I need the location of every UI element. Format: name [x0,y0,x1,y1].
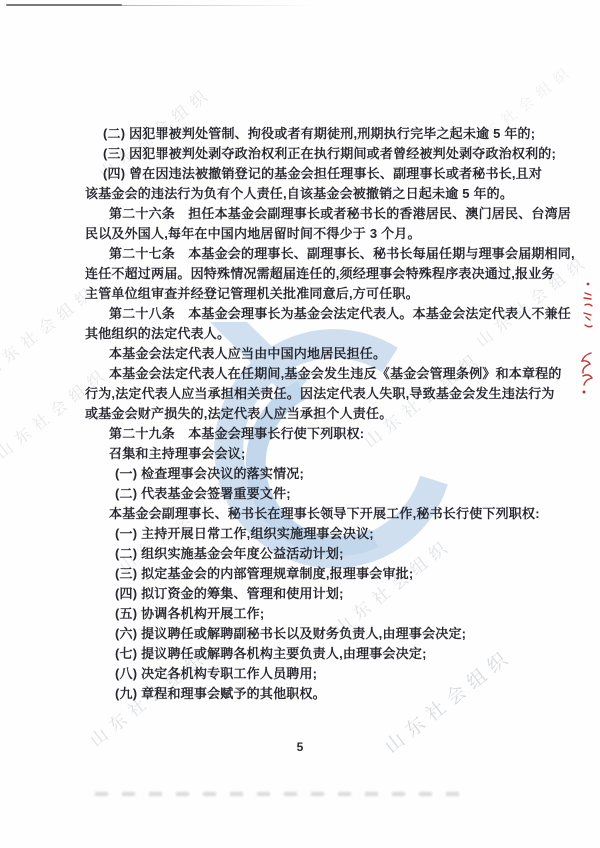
document-line: 或基金会财产损失的,法定代表人应当承担个人责任。 [0,404,600,424]
document-line: (七) 提议聘任或解聘各机构主要负责人,由理事会决定; [0,644,600,664]
document-line: 召集和主持理事会会议; [0,444,600,464]
document-line: 主管单位组审查并经登记管理机关批准同意后,方可任职。 [0,284,600,304]
document-line: 行为,法定代表人应当承担相关责任。因法定代表人失职,导致基金会发生违法行为 [0,384,600,404]
document-line: (五) 协调各机构开展工作; [0,604,600,624]
document-line: (九) 章程和理事会赋予的其他职权。 [0,684,600,704]
document-line: 连任不超过两届。因特殊情况需超届连任的,须经理事会特殊程序表决通过,报业务 [0,264,600,284]
document-line: 第二十六条 担任本基金会副理事长或者秘书长的香港居民、澳门居民、台湾居 [0,204,600,224]
document-line: 该基金会的违法行为负有个人责任,自该基金会被撤销之日起未逾 5 年的。 [0,184,600,204]
document-line: (一) 主持开展日常工作,组织实施理事会决议; [0,524,600,544]
document-line: 本基金会法定代表人在任期间,基金会发生违反《基金会管理条例》和本章程的 [0,364,600,384]
document-line: (三) 因犯罪被判处剥夺政治权利正在执行期间或者曾经被判处剥夺政治权利的; [0,144,600,164]
document-line: (六) 提议聘任或解聘副秘书长以及财务负责人,由理事会决定; [0,624,600,644]
document-line: (四) 拟订资金的筹集、管理和使用计划; [0,584,600,604]
document-line: (八) 决定各机构专职工作人员聘用; [0,664,600,684]
document-line: (三) 拟定基金会的内部管理规章制度,报理事会审批; [0,564,600,584]
document-line: (二) 组织实施基金会年度公益活动计划; [0,544,600,564]
document-line: 民以及外国人,每年在中国内地居留时间不得少于 3 个月。 [0,224,600,244]
document-text: (二) 因犯罪被判处管制、拘役或者有期徒刑,刑期执行完毕之起未逾 5 年的;(三… [0,124,600,704]
scan-artifact-line-fade [118,5,313,6]
document-line: 第二十九条 本基金会理事长行使下列职权: [0,424,600,444]
document-line: (二) 因犯罪被判处管制、拘役或者有期徒刑,刑期执行完毕之起未逾 5 年的; [0,124,600,144]
red-annotation-mark-2 [577,350,597,402]
document-page: 山东社会组织山东社会组织山东社会组织山东社会组织山东社会组织山东社会组织山东社会… [0,0,600,848]
scan-artifact-line [6,4,122,6]
document-line: 本基金会法定代表人应当由中国内地居民担任。 [0,344,600,364]
document-line: 第二十八条 本基金会理事长为基金会法定代表人。本基金会法定代表人不兼任 [0,304,600,324]
document-line: (二) 代表基金会签署重要文件; [0,484,600,504]
red-annotation-mark-1 [580,281,598,335]
page-number: 5 [0,740,600,754]
document-line: (一) 检查理事会决议的落实情况; [0,464,600,484]
document-line: (四) 曾在因违法被撤销登记的基金会担任理事长、副理事长或者秘书长,且对 [0,164,600,184]
document-line: 其他组织的法定代表人。 [0,324,600,344]
scan-smudge [95,792,467,796]
document-line: 本基金会副理事长、秘书长在理事长领导下开展工作,秘书长行使下列职权: [0,504,600,524]
document-line: 第二十七条 本基金会的理事长、副理事长、秘书长每届任期与理事会届期相同, [0,244,600,264]
